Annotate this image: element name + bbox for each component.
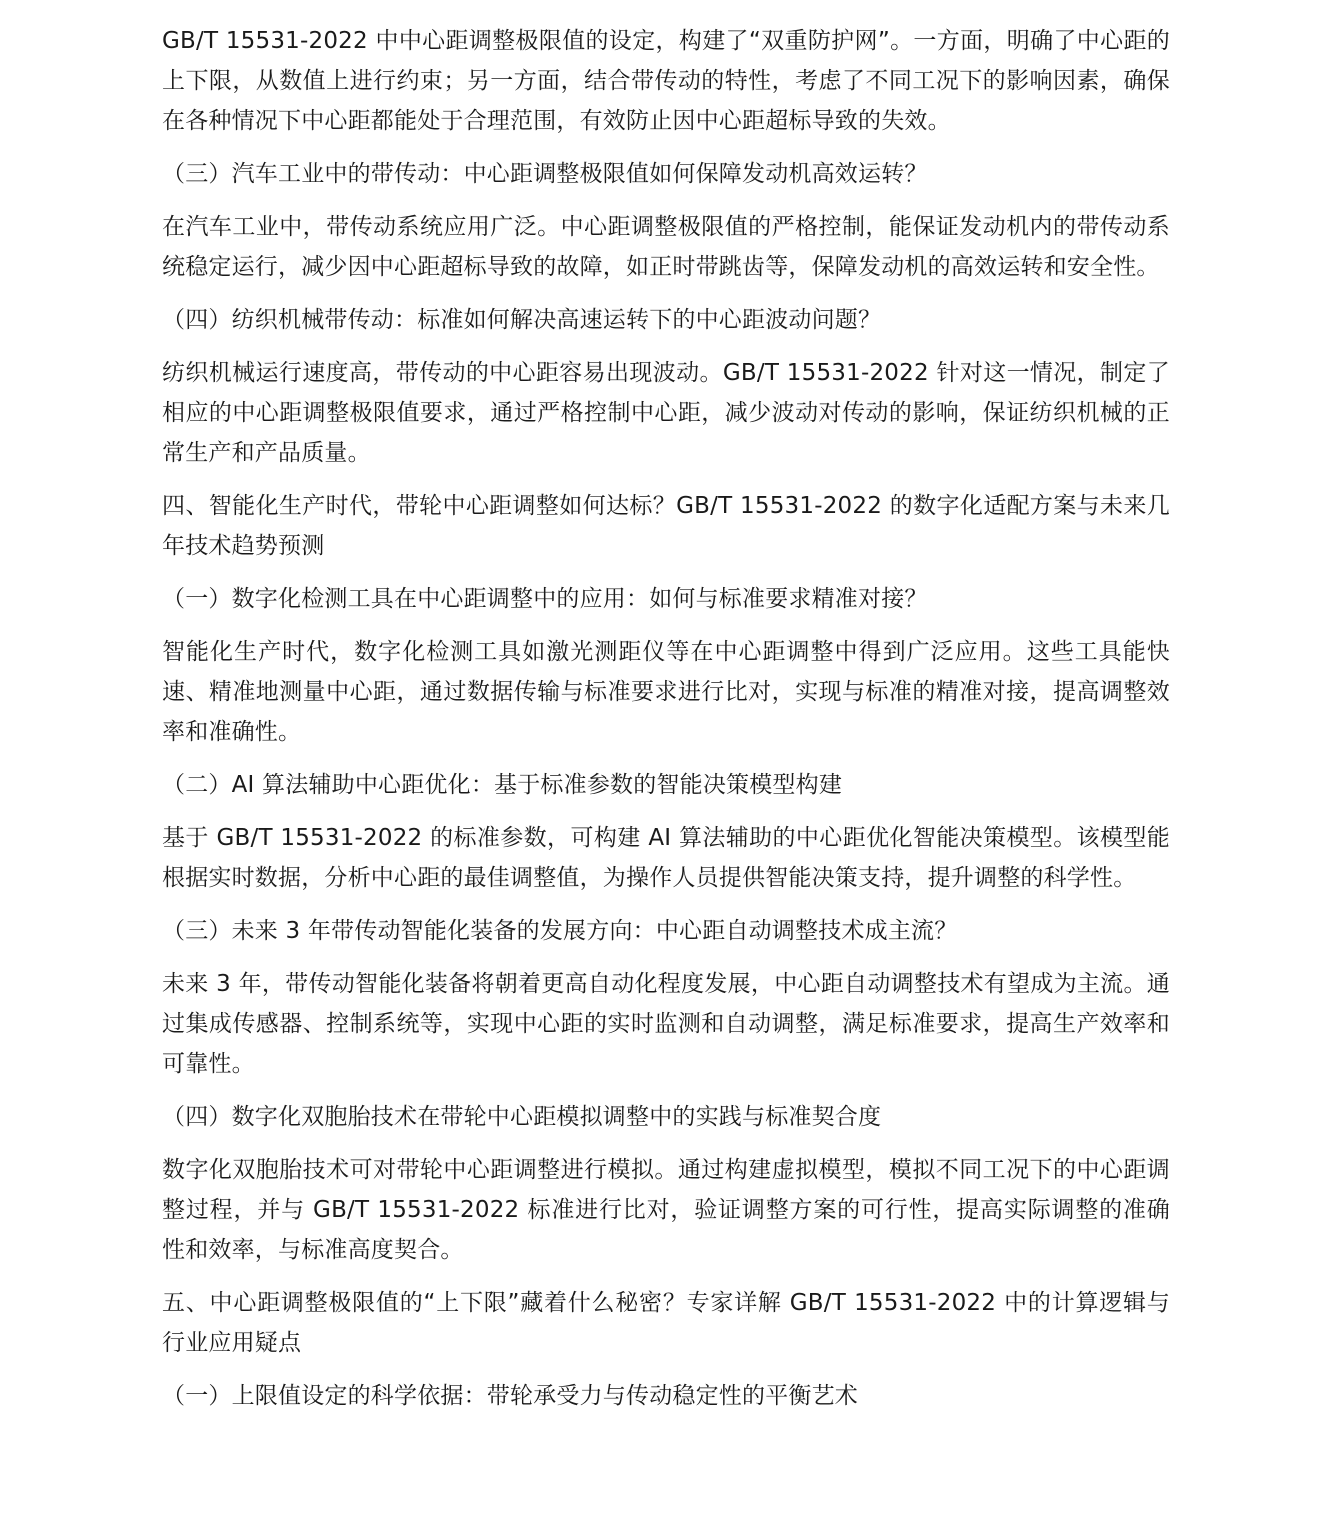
- paragraph-future-3-years: 未来 3 年，带传动智能化装备将朝着更高自动化程度发展，中心距自动调整技术有望成…: [162, 964, 1170, 1084]
- subheading-ai-optimization: （二）AI 算法辅助中心距优化：基于标准参数的智能决策模型构建: [162, 765, 1170, 805]
- subheading-future-3-years: （三）未来 3 年带传动智能化装备的发展方向：中心距自动调整技术成主流？: [162, 911, 1170, 951]
- paragraph-double-protection: GB/T 15531-2022 中中心距调整极限值的设定，构建了“双重防护网”。…: [162, 21, 1170, 141]
- document-page: GB/T 15531-2022 中中心距调整极限值的设定，构建了“双重防护网”。…: [162, 21, 1170, 1429]
- subheading-automotive-belt-drive: （三）汽车工业中的带传动：中心距调整极限值如何保障发动机高效运转？: [162, 154, 1170, 194]
- paragraph-digital-inspection-tools: 智能化生产时代，数字化检测工具如激光测距仪等在中心距调整中得到广泛应用。这些工具…: [162, 632, 1170, 752]
- paragraph-textile-belt-drive: 纺织机械运行速度高，带传动的中心距容易出现波动。GB/T 15531-2022 …: [162, 353, 1170, 473]
- subheading-digital-twin: （四）数字化双胞胎技术在带轮中心距模拟调整中的实践与标准契合度: [162, 1097, 1170, 1137]
- subheading-digital-inspection-tools: （一）数字化检测工具在中心距调整中的应用：如何与标准要求精准对接？: [162, 579, 1170, 619]
- section-heading-4-intelligent-production: 四、智能化生产时代，带轮中心距调整如何达标？GB/T 15531-2022 的数…: [162, 486, 1170, 566]
- paragraph-digital-twin: 数字化双胞胎技术可对带轮中心距调整进行模拟。通过构建虚拟模型，模拟不同工况下的中…: [162, 1150, 1170, 1270]
- subheading-textile-belt-drive: （四）纺织机械带传动：标准如何解决高速运转下的中心距波动问题？: [162, 300, 1170, 340]
- paragraph-automotive-belt-drive: 在汽车工业中，带传动系统应用广泛。中心距调整极限值的严格控制，能保证发动机内的带…: [162, 207, 1170, 287]
- paragraph-ai-optimization: 基于 GB/T 15531-2022 的标准参数，可构建 AI 算法辅助的中心距…: [162, 818, 1170, 898]
- section-heading-5-limits-secret: 五、中心距调整极限值的“上下限”藏着什么秘密？专家详解 GB/T 15531-2…: [162, 1283, 1170, 1363]
- subheading-upper-limit-basis: （一）上限值设定的科学依据：带轮承受力与传动稳定性的平衡艺术: [162, 1376, 1170, 1416]
